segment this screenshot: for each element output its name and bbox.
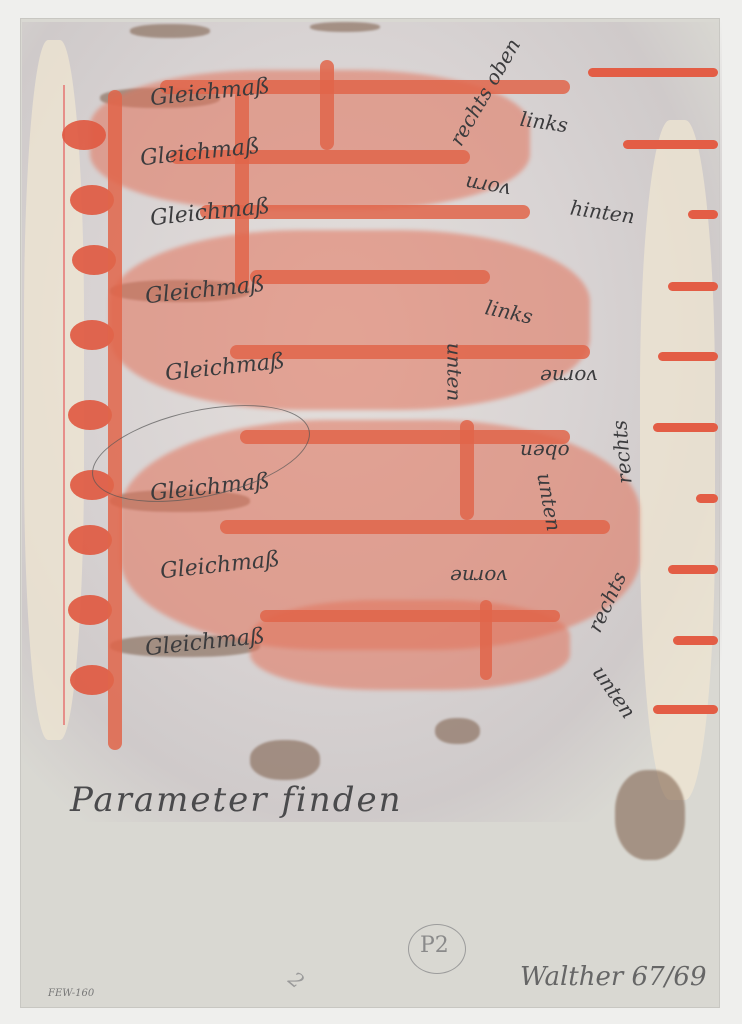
vertical-stroke <box>320 60 334 150</box>
wavy-stroke <box>250 270 490 284</box>
paint-blob <box>68 400 112 430</box>
caption: Parameter finden <box>70 780 403 820</box>
handwritten-word: vorne <box>450 565 508 589</box>
handwritten-word: unten <box>442 343 466 402</box>
catalog-number: FEW-160 <box>48 988 94 999</box>
vertical-stroke <box>480 600 492 680</box>
vertical-stroke <box>108 90 122 750</box>
edge-tick <box>668 282 718 291</box>
edge-tick <box>673 636 718 645</box>
edge-tick <box>653 705 718 714</box>
edge-tick <box>668 565 718 574</box>
paint-blob <box>62 120 106 150</box>
brown-mark <box>250 740 320 780</box>
edge-tick <box>653 423 718 432</box>
brown-mark <box>615 770 685 860</box>
brown-mark <box>310 22 380 32</box>
page-mark: P2 <box>420 933 449 958</box>
edge-tick <box>696 494 718 503</box>
cream-patch <box>640 120 715 800</box>
edge-tick <box>688 210 718 219</box>
brown-mark <box>130 24 210 38</box>
paint-blob <box>68 595 112 625</box>
vertical-stroke <box>460 420 474 520</box>
edge-tick <box>588 68 718 77</box>
edge-tick <box>658 352 718 361</box>
wavy-stroke <box>260 610 560 622</box>
handwritten-word: vorne <box>540 365 598 389</box>
edge-tick <box>623 140 718 149</box>
signature: Walther 67/69 <box>520 962 706 992</box>
red-margin-line <box>63 85 65 725</box>
brown-mark <box>435 718 480 744</box>
vertical-stroke <box>235 90 249 290</box>
handwritten-word: oben <box>520 440 570 464</box>
paint-blob <box>68 525 112 555</box>
